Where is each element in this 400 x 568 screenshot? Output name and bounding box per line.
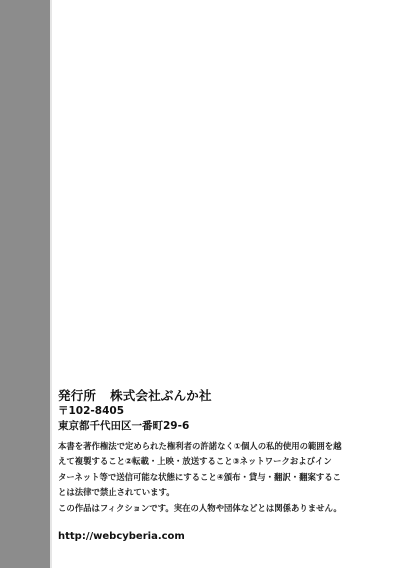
address: 東京都千代田区一番町29-6 bbox=[58, 418, 189, 433]
fiction-disclaimer: この作品はフィクションです。実在の人物や団体などとは関係ありません。 bbox=[58, 502, 342, 514]
website-url: http://webcyberia.com bbox=[58, 531, 185, 542]
notice-line: ターネット等で送信可能な状態にすること④頒布・貸与・翻訳・翻案するこ bbox=[58, 470, 348, 485]
postal-code: 〒102-8405 bbox=[58, 403, 124, 418]
left-gray-margin bbox=[0, 0, 50, 568]
notice-line: 本書を著作権法で定められた権利者の許諾なく①個人の私的使用の範囲を越 bbox=[58, 439, 348, 454]
publisher-label: 発行所 bbox=[58, 388, 96, 403]
publisher-name: 株式会社ぶんか社 bbox=[110, 388, 212, 403]
copyright-notice: 本書を著作権法で定められた権利者の許諾なく①個人の私的使用の範囲を越 えて複製す… bbox=[58, 439, 348, 500]
margin-edge bbox=[50, 0, 52, 568]
notice-line: とは法律で禁止されています。 bbox=[58, 485, 348, 500]
notice-line: えて複製すること②転載・上映・放送すること③ネットワークおよびイン bbox=[58, 454, 348, 469]
publisher-line: 発行所株式会社ぶんか社 bbox=[58, 386, 212, 404]
